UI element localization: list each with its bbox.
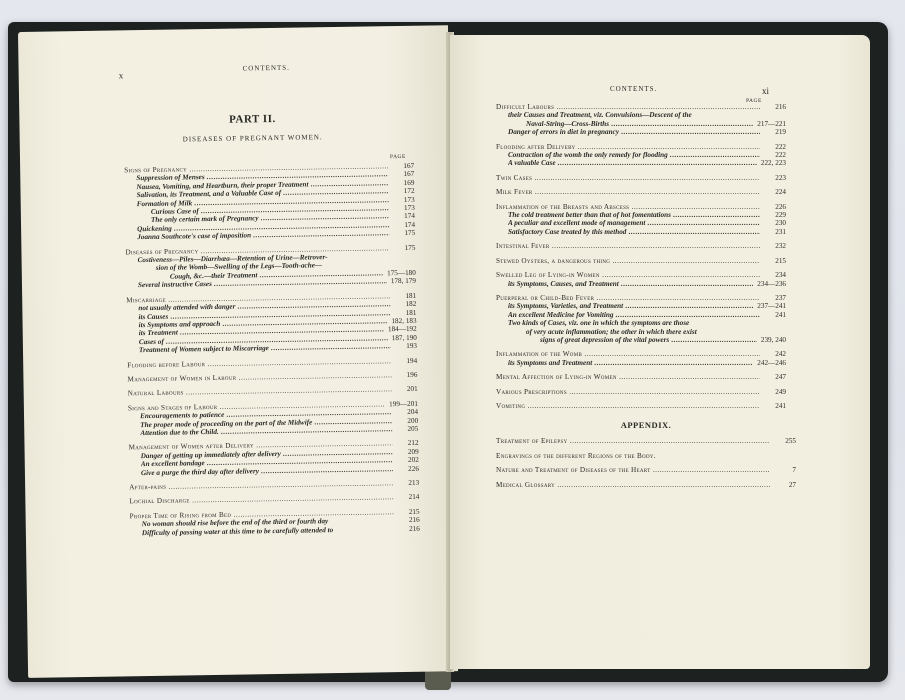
left-page: x CONTENTS. PART II. DISEASES OF PREGNAN…: [18, 25, 458, 678]
toc-heading-entry: Milk Fever224: [496, 188, 786, 196]
toc-entry-title: Milk Fever: [496, 188, 760, 196]
toc-sub-entry: Naval-String—Cross-Births217—221: [496, 120, 786, 128]
part-subtitle: DISEASES OF PREGNANT WOMEN.: [20, 131, 450, 146]
toc-entry-page: 201: [392, 385, 418, 394]
right-page: CONTENTS. xi PAGE Difficult Labours216th…: [450, 35, 870, 669]
toc-entry-page: 237—241: [753, 302, 786, 310]
appendix-title: APPENDIX.: [496, 421, 796, 429]
toc-entry-page: 213: [393, 479, 419, 488]
appendix-entry: Nature and Treatment of Diseases of the …: [496, 466, 796, 474]
appendix-entry-page: 27: [770, 481, 796, 489]
appendix-entry: Medical Glossary27: [496, 481, 796, 489]
toc-sub-entry: its Symptoms and Treatment242—246: [496, 359, 786, 367]
page-number: xi: [762, 86, 769, 96]
appendix-entry: Treatment of Epilepsy255: [496, 437, 796, 445]
toc-entry-page: 239, 240: [757, 336, 786, 344]
appendix-entry-page: 255: [770, 437, 796, 445]
toc-entry-page: 249: [760, 388, 786, 396]
toc-heading-entry: Intestinal Fever232: [496, 242, 786, 250]
toc-sub-entry: its Symptoms, Varieties, and Treatment23…: [496, 302, 786, 310]
toc-entry-page: 226: [760, 203, 786, 211]
toc-heading-entry: Vomiting241: [496, 402, 786, 410]
toc-entry-page: 178, 179: [387, 277, 416, 286]
toc-heading-entry: Swelled Leg of Lying-in Women234: [496, 271, 786, 279]
toc-entry-page: 229: [760, 211, 786, 219]
page-column-label: PAGE: [390, 154, 406, 160]
toc-sub-entry: An excellent Medicine for Vomiting241: [496, 311, 786, 319]
toc-entry-page: 217—221: [753, 120, 786, 128]
toc-entry-page: 214: [393, 493, 419, 502]
toc-sub-entry: A valuable Case222, 223: [496, 159, 786, 167]
toc-entry-title: The cold treatment better than that of h…: [508, 211, 760, 219]
toc-heading-entry: Stewed Oysters, a dangerous thing215: [496, 257, 786, 265]
appendix-entry-title: Treatment of Epilepsy: [496, 437, 770, 445]
toc-sub-entry: Satisfactory Case treated by this method…: [496, 228, 786, 236]
toc-heading-entry: Mental Affection of Lying-in Women247: [496, 373, 786, 381]
toc-heading-entry: Inflammation of the Womb242: [496, 350, 786, 358]
toc-entry-page: 216: [760, 103, 786, 111]
toc-entry-title: Puerperal or Child-Bed Fever: [496, 294, 760, 302]
toc-entry-page: 237: [760, 294, 786, 302]
toc-entry-page: 224: [760, 188, 786, 196]
toc-entry-title: Danger of errors in diet in pregnancy: [508, 128, 760, 136]
toc-sub-entry: its Symptoms, Causes, and Treatment234—2…: [496, 280, 786, 288]
toc-entry-page: 234—236: [753, 280, 786, 288]
toc-entry-page: 241: [760, 311, 786, 319]
toc-entry-title: Contraction of the womb the only remedy …: [508, 151, 760, 159]
toc-entry-page: 242—246: [753, 359, 786, 367]
toc-entry-title: its Symptoms and Treatment: [508, 359, 753, 367]
toc-entry-title: its Symptoms, Causes, and Treatment: [508, 280, 753, 288]
toc-entry-title: Intestinal Fever: [496, 242, 760, 250]
appendix-entry: Engravings of the different Regions of t…: [496, 452, 796, 460]
running-head: CONTENTS.: [243, 64, 290, 73]
toc-entry-title: signs of great depression of the vital p…: [540, 336, 757, 344]
toc-entry-continuation: of very acute inflammation; the other in…: [496, 328, 786, 336]
toc-entry-page: 231: [760, 228, 786, 236]
toc-entry-title: Twin Cases: [496, 174, 760, 182]
page-number: x: [119, 70, 124, 80]
toc-entry-title: its Symptoms, Varieties, and Treatment: [508, 302, 753, 310]
running-head: CONTENTS.: [610, 85, 657, 93]
toc-entry-title: A peculiar and excellent mode of managem…: [508, 219, 760, 227]
toc-entry-page: 194: [391, 356, 417, 365]
appendix-entry-title: Medical Glossary: [496, 481, 770, 489]
toc-entry-page: 223: [760, 174, 786, 182]
toc-heading-entry: Various Prescriptions249: [496, 388, 786, 396]
toc-entry-page: 196: [391, 371, 417, 380]
toc-entry-page: 222: [760, 143, 786, 151]
appendix-entry-page: 7: [770, 466, 796, 474]
toc-sub-entry: Contraction of the womb the only remedy …: [496, 151, 786, 159]
toc-entry-page: 219: [760, 128, 786, 136]
toc-sub-entry: signs of great depression of the vital p…: [496, 336, 786, 344]
toc-heading-entry: Twin Cases223: [496, 174, 786, 182]
toc-entry-page: 247: [760, 373, 786, 381]
toc-entry-page: 205: [392, 425, 418, 434]
toc-heading-entry: Inflammation of the Breasts and Abscess2…: [496, 203, 786, 211]
toc-entry-page: 222, 223: [757, 159, 786, 167]
part-title: PART II.: [19, 110, 449, 129]
toc-entry-title: Swelled Leg of Lying-in Women: [496, 271, 760, 279]
toc-heading-entry: Flooding after Delivery222: [496, 143, 786, 151]
toc-entry-page: 242: [760, 350, 786, 358]
toc-entry-title: Inflammation of the Womb: [496, 350, 760, 358]
toc-entry-title: Naval-String—Cross-Births: [526, 120, 753, 128]
toc-entry-page: 222: [760, 151, 786, 159]
toc-entry-page: 175: [389, 229, 415, 238]
toc-entry-title: Flooding after Delivery: [496, 143, 760, 151]
toc-entry-title: Stewed Oysters, a dangerous thing: [496, 257, 760, 265]
toc-heading-entry: Puerperal or Child-Bed Fever237: [496, 294, 786, 302]
toc-entry-title: Vomiting: [496, 402, 760, 410]
toc-sub-entry: Danger of errors in diet in pregnancy219: [496, 128, 786, 136]
toc-sub-entry: A peculiar and excellent mode of managem…: [496, 219, 786, 227]
toc-entry-page: 226: [393, 464, 419, 473]
toc-entry-title: Inflammation of the Breasts and Abscess: [496, 203, 760, 211]
toc-entry-page: 234: [760, 271, 786, 279]
toc-entry-page: 216: [394, 524, 420, 533]
toc-entry-title: Mental Affection of Lying-in Women: [496, 373, 760, 381]
toc-entry-title: An excellent Medicine for Vomiting: [508, 311, 760, 319]
toc-sub-entry: The cold treatment better than that of h…: [496, 211, 786, 219]
appendix-entry-title: Nature and Treatment of Diseases of the …: [496, 466, 770, 474]
toc-entry-continuation: their Causes and Treatment, viz. Convuls…: [496, 111, 786, 119]
toc-entry-page: 232: [760, 242, 786, 250]
appendix-entry-title: Engravings of the different Regions of t…: [496, 452, 770, 460]
toc-entry-title: Satisfactory Case treated by this method: [508, 228, 760, 236]
toc-entry-continuation: Two kinds of Cases, viz. one in which th…: [496, 319, 786, 327]
toc-entry-page: 241: [760, 402, 786, 410]
toc-heading-entry: Difficult Labours216: [496, 103, 786, 111]
toc-list: Signs of Pregnancy167Suppression of Mens…: [124, 162, 420, 538]
toc-entry-title: A valuable Case: [508, 159, 757, 167]
toc-entry-title: Various Prescriptions: [496, 388, 760, 396]
toc-entry-page: 193: [391, 342, 417, 351]
appendix-section: APPENDIX. Treatment of Epilepsy255Engrav…: [496, 421, 796, 495]
toc-entry-page: 175: [389, 243, 415, 252]
toc-entry-page: 215: [760, 257, 786, 265]
toc-entry-page: 230: [760, 219, 786, 227]
toc-list: Difficult Labours216their Causes and Tre…: [496, 103, 786, 410]
toc-entry-title: Difficult Labours: [496, 103, 760, 111]
